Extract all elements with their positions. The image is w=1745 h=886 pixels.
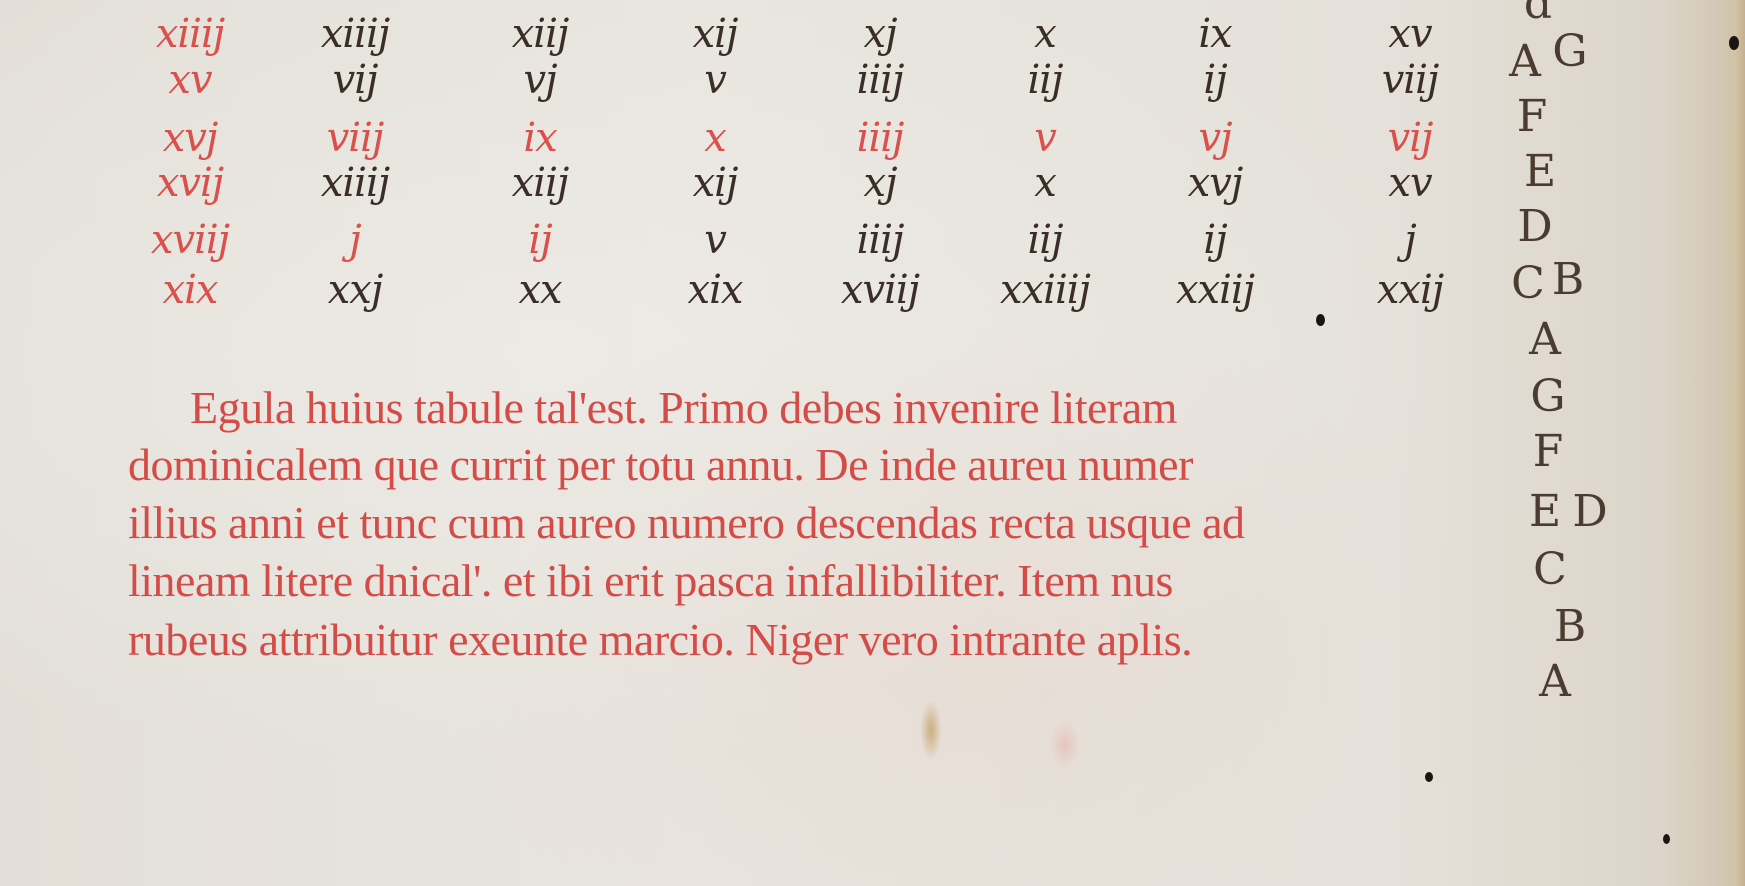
dominical-letter: C bbox=[1533, 548, 1567, 592]
manuscript-page: xiiijxiiijxiijxijxjxixxvxvvijvjviiijiiji… bbox=[0, 0, 1745, 886]
table-cell: vj bbox=[524, 60, 557, 100]
table-cell: iij bbox=[1028, 220, 1063, 260]
table-cell: xij bbox=[693, 14, 738, 54]
ink-dot bbox=[1663, 834, 1670, 844]
table-cell: xix bbox=[163, 270, 218, 310]
dominical-letter: d bbox=[1524, 0, 1552, 26]
dominical-letter: F bbox=[1517, 95, 1548, 139]
dominical-letter: A bbox=[1539, 660, 1571, 704]
table-cell: viij bbox=[1382, 60, 1439, 100]
table-cell: ij bbox=[528, 220, 551, 260]
table-cell: ix bbox=[523, 118, 556, 158]
table-cell: iiij bbox=[857, 220, 904, 260]
table-cell: xv bbox=[1388, 14, 1431, 54]
table-cell: xiiij bbox=[321, 14, 389, 54]
table-cell: xiij bbox=[512, 14, 569, 54]
table-cell: xj bbox=[864, 14, 897, 54]
table-cell: v bbox=[1034, 118, 1056, 158]
table-cell: iij bbox=[1028, 60, 1063, 100]
dominical-letter: G bbox=[1552, 30, 1587, 74]
rule-text-line: illius anni et tunc cum aureo numero des… bbox=[128, 500, 1528, 546]
dominical-letter: A bbox=[1509, 40, 1541, 84]
table-cell: j bbox=[1404, 220, 1415, 260]
numeral-table: xiiijxiiijxiijxijxjxixxvxvvijvjviiijiiji… bbox=[0, 0, 1745, 340]
rule-text-line: lineam litere dnical'. et ibi erit pasca… bbox=[128, 558, 1528, 604]
table-cell: xiij bbox=[512, 163, 569, 203]
table-cell: xix bbox=[688, 270, 743, 310]
table-cell: xvj bbox=[163, 118, 218, 158]
table-cell: xiiij bbox=[156, 14, 224, 54]
table-cell: vij bbox=[333, 60, 378, 100]
table-cell: xx bbox=[518, 270, 561, 310]
dominical-letter: C bbox=[1511, 262, 1545, 306]
rule-text-line: rubeus attribuitur exeunte marcio. Niger… bbox=[128, 617, 1528, 663]
table-cell: iiij bbox=[857, 118, 904, 158]
table-cell: xj bbox=[864, 163, 897, 203]
ink-dot bbox=[1425, 772, 1433, 782]
table-cell: xxj bbox=[328, 270, 383, 310]
dominical-letter: E bbox=[1529, 490, 1561, 534]
table-cell: x bbox=[1034, 163, 1056, 203]
table-cell: xviij bbox=[151, 220, 229, 260]
dominical-letter: D bbox=[1517, 205, 1552, 249]
table-cell: xv bbox=[1388, 163, 1431, 203]
table-cell: viij bbox=[327, 118, 384, 158]
dominical-letter: A bbox=[1529, 318, 1561, 362]
rule-text-line: dominicalem que currit per totu annu. De… bbox=[128, 442, 1528, 488]
table-cell: xxiiij bbox=[1000, 270, 1090, 310]
table-cell: xxiij bbox=[1176, 270, 1254, 310]
dominical-letter: B bbox=[1552, 258, 1584, 302]
dominical-letter: E bbox=[1524, 150, 1556, 194]
dominical-letter: B bbox=[1554, 605, 1586, 649]
table-cell: xvj bbox=[1188, 163, 1243, 203]
table-cell: xvij bbox=[157, 163, 223, 203]
table-cell: x bbox=[704, 118, 726, 158]
table-cell: xxij bbox=[1377, 270, 1443, 310]
table-cell: j bbox=[349, 220, 360, 260]
dominical-letter: D bbox=[1572, 490, 1607, 534]
table-cell: x bbox=[1034, 14, 1056, 54]
stain bbox=[920, 700, 942, 760]
table-cell: ij bbox=[1203, 220, 1226, 260]
table-cell: vij bbox=[1388, 118, 1433, 158]
table-cell: vj bbox=[1199, 118, 1232, 158]
rule-text-line: Egula huius tabule tal'est. Primo debes … bbox=[190, 385, 1590, 431]
table-cell: xij bbox=[693, 163, 738, 203]
table-cell: v bbox=[704, 220, 726, 260]
table-cell: xiiij bbox=[321, 163, 389, 203]
dominical-letter: F bbox=[1533, 430, 1564, 474]
table-cell: xviij bbox=[841, 270, 919, 310]
table-cell: iiij bbox=[857, 60, 904, 100]
table-cell: v bbox=[704, 60, 726, 100]
stain bbox=[1050, 720, 1080, 770]
table-cell: ij bbox=[1203, 60, 1226, 100]
table-cell: ix bbox=[1198, 14, 1231, 54]
table-cell: xv bbox=[168, 60, 211, 100]
